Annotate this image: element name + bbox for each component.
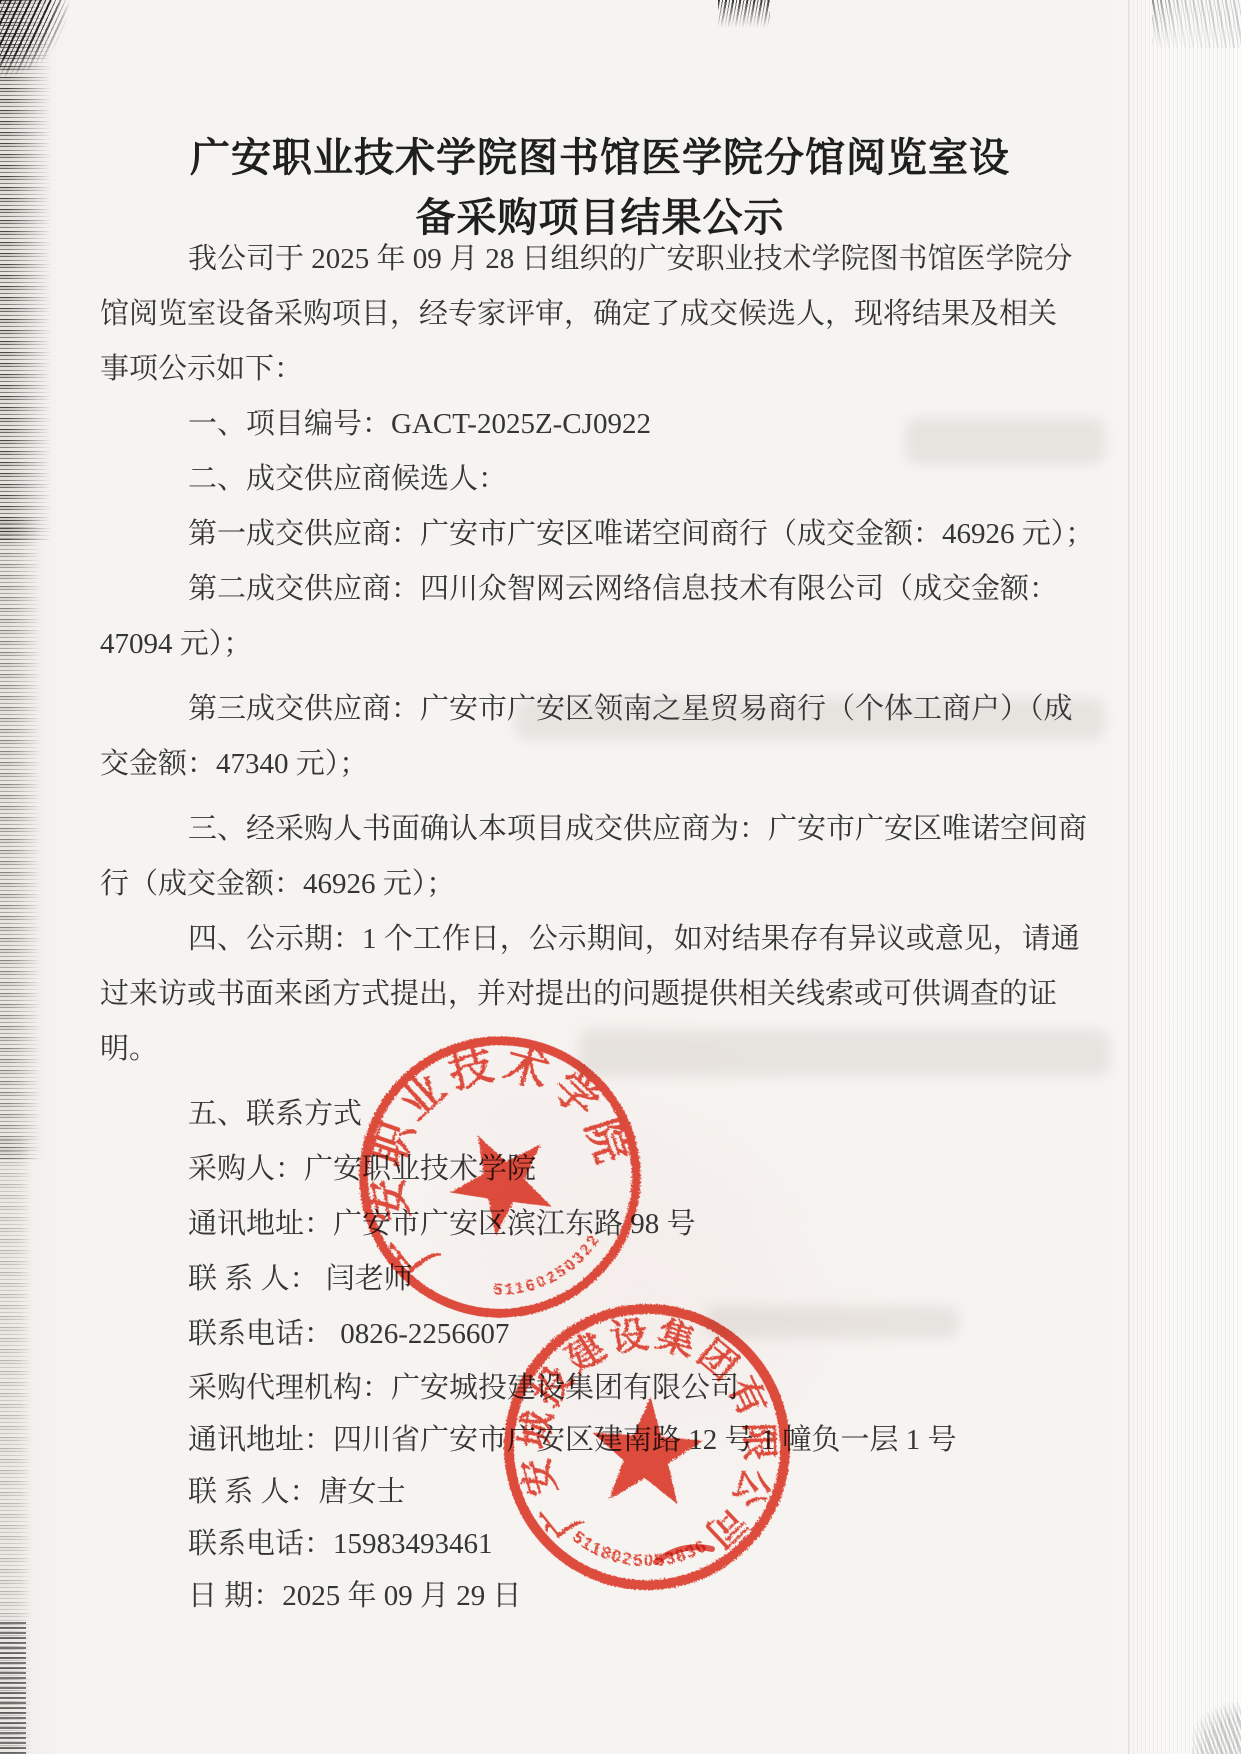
document-line: 第一成交供应商：广安市广安区唯诺空间商行（成交金额：46926 元）；	[100, 507, 1105, 562]
scan-mark-top-left	[0, 0, 78, 92]
document-line: 我公司于 2025 年 09 月 28 日组织的广安职业技术学院图书馆医学院分	[100, 232, 1105, 287]
document-line: 第二成交供应商：四川众智网云网络信息技术有限公司（成交金额：	[100, 562, 1105, 617]
document-line: 47094 元）；	[100, 617, 1105, 672]
document-line: 事项公示如下：	[100, 342, 1105, 397]
scan-mark-bottom-left	[0, 1622, 26, 1754]
paragraph: 第二成交供应商：四川众智网云网络信息技术有限公司（成交金额：47094 元）；	[100, 562, 1105, 672]
official-seal-agency: 广安城投建设集团有限公司 5118025053836	[488, 1288, 806, 1606]
paragraph: 四、公示期：1 个工作日，公示期间，如对结果存有异议或意见，请通过来访或书面来函…	[100, 912, 1105, 1077]
document-line: 四、公示期：1 个工作日，公示期间，如对结果存有异议或意见，请通	[100, 912, 1105, 967]
document-line: 一、项目编号：GACT-2025Z-CJ0922	[100, 397, 1105, 452]
document-line: 过来访或书面来函方式提出，并对提出的问题提供相关线索或可供调查的证	[100, 967, 1105, 1022]
seal-ink-stray-mark	[652, 1532, 716, 1570]
document-title-line-1: 广安职业技术学院图书馆医学院分馆阅览室设	[100, 128, 1100, 188]
paragraph: 我公司于 2025 年 09 月 28 日组织的广安职业技术学院图书馆医学院分馆…	[100, 232, 1105, 397]
scan-mark-top-right	[1152, 0, 1241, 48]
document-line: 第三成交供应商：广安市广安区领南之星贸易商行（个体工商户）（成	[100, 682, 1105, 737]
document-line: 二、成交供应商候选人：	[100, 452, 1105, 507]
scan-light-band-right	[1128, 0, 1241, 1754]
document-line: 行（成交金额：46926 元）；	[100, 857, 1105, 912]
star-icon	[588, 1393, 706, 1506]
document-title: 广安职业技术学院图书馆医学院分馆阅览室设 备采购项目结果公示	[100, 128, 1100, 248]
paragraph: 二、成交供应商候选人：	[100, 452, 1105, 507]
paragraph: 三、经采购人书面确认本项目成交供应商为：广安市广安区唯诺空间商行（成交金额：46…	[100, 802, 1105, 912]
paragraph: 一、项目编号：GACT-2025Z-CJ0922	[100, 397, 1105, 452]
document-line: 交金额：47340 元）；	[100, 737, 1105, 792]
document-line: 馆阅览室设备采购项目，经专家评审，确定了成交候选人，现将结果及相关	[100, 287, 1105, 342]
document-line: 三、经采购人书面确认本项目成交供应商为：广安市广安区唯诺空间商	[100, 802, 1105, 857]
scan-mark-top-middle	[718, 0, 770, 28]
scan-mark-bottom-right	[1192, 1702, 1241, 1754]
star-icon	[433, 1111, 569, 1245]
paragraph: 第一成交供应商：广安市广安区唯诺空间商行（成交金额：46926 元）；	[100, 507, 1105, 562]
paragraph: 第三成交供应商：广安市广安区领南之星贸易商行（个体工商户）（成交金额：47340…	[100, 682, 1105, 792]
scanned-document-page: 广安职业技术学院图书馆医学院分馆阅览室设 备采购项目结果公示 我公司于 2025…	[0, 0, 1241, 1754]
scan-smudge-left-middle	[0, 520, 42, 1160]
